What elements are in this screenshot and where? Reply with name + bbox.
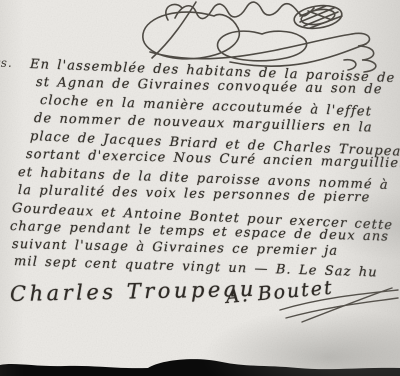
scan-bottom-edge (0, 354, 400, 376)
margin-note-fragment: rs. (0, 56, 13, 70)
signature-charles-troupeau: Charles Troupeau (10, 277, 257, 306)
document-scan: rs. En l'assemblée des habitans de la pa… (0, 0, 400, 376)
